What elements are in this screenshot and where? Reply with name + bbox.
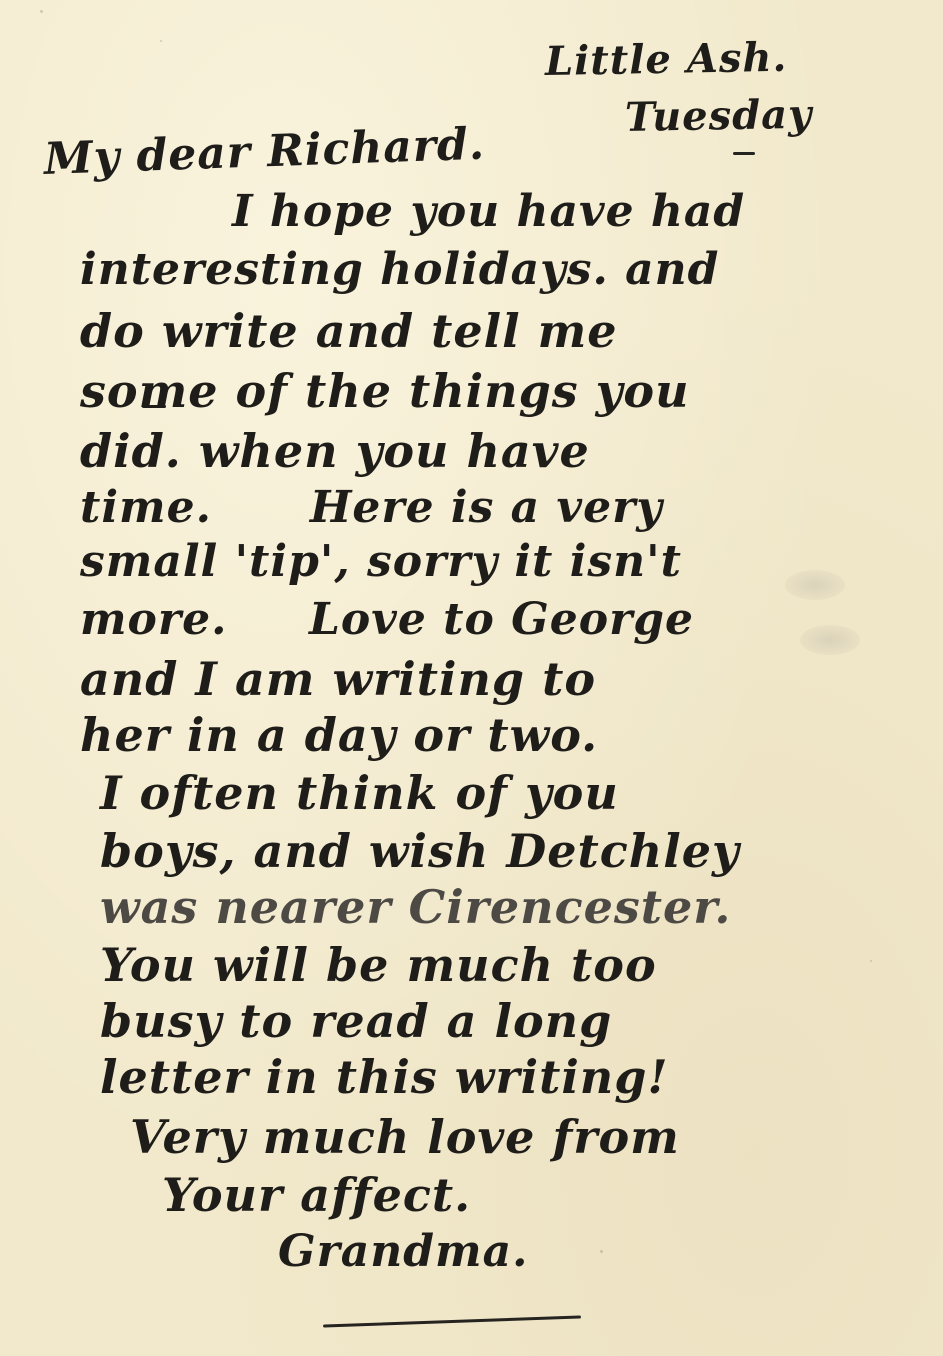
signature-rule — [323, 1315, 581, 1327]
letter-closing-line-1: Very much love from — [130, 1114, 680, 1160]
letter-salutation: My dear Richard. — [43, 123, 485, 182]
letter-body-line-1: I hope you have had — [232, 190, 745, 234]
letter-signature: Grandma. — [278, 1230, 528, 1274]
letter-body-line-10: her in a day or two. — [80, 712, 598, 758]
letter-body-line-13: was nearer Cirencester. — [100, 884, 731, 930]
letter-body-line-4: some of the things you — [80, 368, 690, 414]
letter-body-line-11: I often think of you — [100, 770, 619, 816]
header-dash — [733, 152, 755, 155]
letter-body-line-14: You will be much too — [100, 942, 657, 988]
letter-place: Little Ash. — [545, 38, 788, 82]
ink-smudge — [800, 625, 860, 655]
letter-page: Little Ash. Tuesday My dear Richard. I h… — [0, 0, 943, 1356]
paper-speck — [160, 40, 162, 42]
letter-body-line-7: small 'tip', sorry it isn't — [80, 540, 682, 584]
paper-speck — [870, 960, 872, 962]
letter-closing-line-2: Your affect. — [162, 1172, 471, 1218]
paper-speck — [600, 1250, 603, 1253]
some-underline — [142, 405, 166, 408]
letter-body-line-9: and I am writing to — [80, 656, 596, 702]
paper-speck — [40, 10, 43, 13]
letter-body-line-12: boys, and wish Detchley — [100, 828, 740, 874]
letter-day: Tuesday — [625, 95, 813, 138]
letter-body-line-2: interesting holidays. and — [80, 248, 719, 292]
paper-speck — [280, 1070, 283, 1073]
letter-body-line-5: did. when you have — [80, 428, 590, 474]
ink-smudge — [785, 570, 845, 600]
letter-body-line-6: time. Here is a very — [80, 486, 663, 530]
letter-body-line-15: busy to read a long — [100, 998, 612, 1044]
letter-body-line-8: more. Love to George — [80, 598, 694, 642]
letter-body-line-16: letter in this writing! — [100, 1054, 669, 1100]
letter-body-line-3: do write and tell me — [80, 308, 618, 354]
